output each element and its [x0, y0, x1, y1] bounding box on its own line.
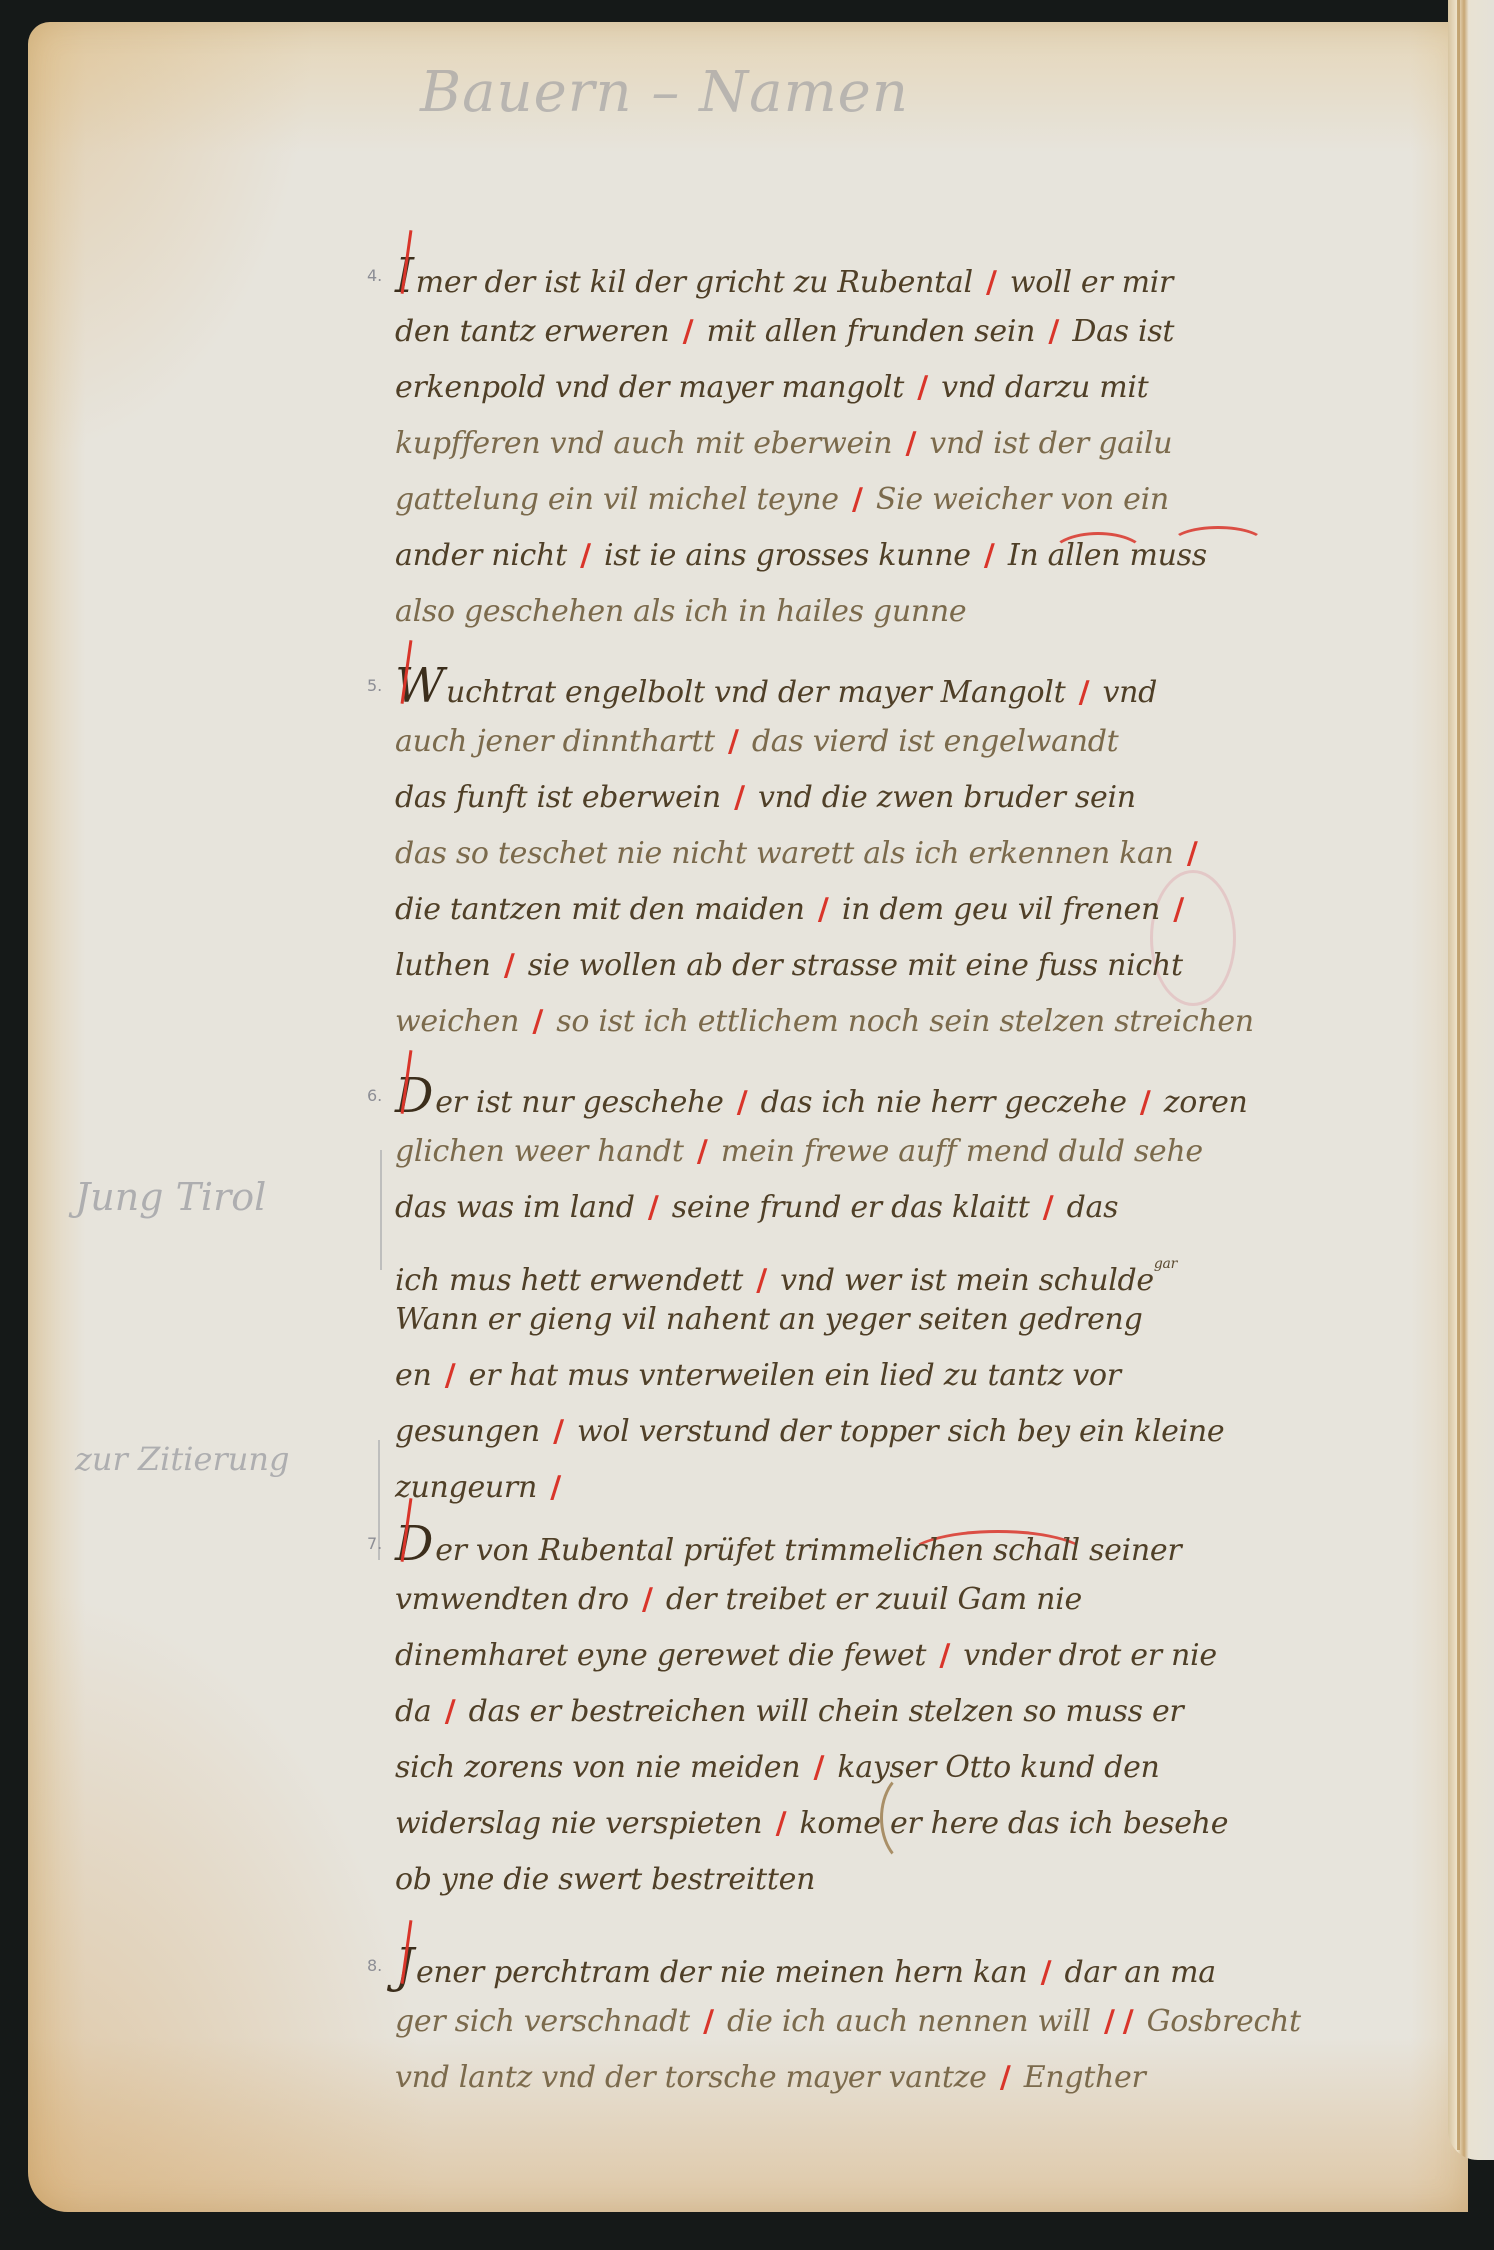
margin-bracket	[380, 1150, 382, 1270]
text-line: kupfferen vnd auch mit eberwein / vnd is…	[395, 416, 1335, 472]
rubric-slash: /	[848, 482, 867, 517]
text-line: das funft ist eberwein / vnd die zwen br…	[395, 770, 1335, 826]
text-line: Jener perchtram der nie meinen hern kan …	[395, 1938, 1335, 1994]
rubric-slash: /	[1075, 675, 1094, 710]
text-line: gesungen / wol verstund der topper sich …	[395, 1404, 1335, 1460]
margin-note-citation: zur Zitierung	[75, 1440, 289, 1478]
rubric-slash: /	[644, 1190, 663, 1225]
text-line: die tantzen mit den maiden / in dem geu …	[395, 882, 1335, 938]
rubricated-initial: I	[395, 248, 414, 304]
rubric-slash: /	[996, 2060, 1015, 2095]
entry-8: 8. Jener perchtram der nie meinen hern k…	[395, 1938, 1335, 2106]
text-line: erkenpold vnd der mayer mangolt / vnd da…	[395, 360, 1335, 416]
entry-6: 6. Der ist nur geschehe / das ich nie he…	[395, 1068, 1335, 1516]
text-line: also geschehen als ich in hailes gunne	[395, 584, 1335, 640]
text-line: glichen weer handt / mein frewe auff men…	[395, 1124, 1335, 1180]
line-text: ener perchtram der nie meinen hern kan /…	[416, 1955, 1216, 1990]
text-line: dinemharet eyne gerewet die fewet / vnde…	[395, 1628, 1335, 1684]
pencil-heading: Bauern – Namen	[420, 60, 909, 125]
rubric-slash: /	[549, 1414, 568, 1449]
rubric-slash: /	[441, 1694, 460, 1729]
text-line: das so teschet nie nicht warett als ich …	[395, 826, 1335, 882]
rubric-slash: /	[576, 538, 595, 573]
rubric-slash: /	[546, 1470, 565, 1505]
text-line: das was im land / seine frund er das kla…	[395, 1180, 1335, 1236]
line-text: mer der ist kil der gricht zu Rubental /…	[416, 265, 1173, 300]
rubric-slash: /	[500, 948, 519, 983]
rubric-slash: /	[730, 780, 749, 815]
rubric-slash: /	[1037, 1955, 1056, 1990]
text-line: Der ist nur geschehe / das ich nie herr …	[395, 1068, 1335, 1124]
rubricated-initial: J	[395, 1938, 414, 1994]
rubric-slash: /	[679, 314, 698, 349]
text-line: Wuchtrat engelbolt vnd der mayer Mangolt…	[395, 658, 1335, 714]
rubric-slash: /	[733, 1085, 752, 1120]
text-line: den tantz erweren / mit allen frunden se…	[395, 304, 1335, 360]
rubric-slash: /	[913, 370, 932, 405]
rubric-slash: /	[441, 1358, 460, 1393]
rubric-slash: /	[638, 1582, 657, 1617]
rubric-slash: /	[901, 426, 920, 461]
text-line: ger sich verschnadt / die ich auch nenne…	[395, 1994, 1335, 2050]
entry-number: 8.	[367, 1956, 382, 1975]
rubric-slash: /	[693, 1134, 712, 1169]
rubric-slash: /	[1169, 892, 1188, 927]
entry-4: 4. Imer der ist kil der gricht zu Rubent…	[395, 248, 1335, 640]
rubric-slash: /	[1039, 1190, 1058, 1225]
rubric-slash: /	[724, 724, 743, 759]
gutter-fold	[1457, 0, 1460, 2150]
margin-note-jung-tirol: Jung Tirol	[75, 1175, 266, 1219]
manuscript-text: 4. Imer der ist kil der gricht zu Rubent…	[395, 248, 1335, 2124]
rubricated-initial: D	[395, 1068, 433, 1124]
rubric-slash: /	[935, 1638, 954, 1673]
rubric-slash: /	[772, 1806, 791, 1841]
rubric-slash: /	[1183, 836, 1202, 871]
text-line: vmwendten dro / der treibet er zuuil Gam…	[395, 1572, 1335, 1628]
entry-number: 6.	[367, 1086, 382, 1105]
text-line: en / er hat mus vnterweilen ein lied zu …	[395, 1348, 1335, 1404]
rubric-slash: /	[1136, 1085, 1155, 1120]
text-line: ander nicht / ist ie ains grosses kunne …	[395, 528, 1335, 584]
rubricated-initial: W	[395, 658, 444, 714]
rubric-slash: /	[699, 2004, 718, 2039]
text-line: zungeurn /	[395, 1460, 1335, 1516]
rubric-slash: /	[982, 265, 1001, 300]
entry-number: 5.	[367, 676, 382, 695]
rubric-slash: /	[809, 1750, 828, 1785]
entry-5: 5. Wuchtrat engelbolt vnd der mayer Mang…	[395, 658, 1335, 1050]
text-line: gattelung ein vil michel teyne / Sie wei…	[395, 472, 1335, 528]
entry-number: 4.	[367, 266, 382, 285]
text-line: Imer der ist kil der gricht zu Rubental …	[395, 248, 1335, 304]
entry-number: 7.	[367, 1534, 382, 1553]
text-line: sich zorens von nie meiden / kayser Otto…	[395, 1740, 1335, 1796]
rubric-slash: /	[528, 1004, 547, 1039]
text-line: da / das er bestreichen will chein stelz…	[395, 1684, 1335, 1740]
line-text: er ist nur geschehe / das ich nie herr g…	[435, 1085, 1247, 1120]
rubric-slash: /	[1119, 2004, 1138, 2039]
rubric-slash: /	[1100, 2004, 1119, 2039]
rubricated-initial: D	[395, 1516, 433, 1572]
text-line: Wann er gieng vil nahent an yeger seiten…	[395, 1292, 1335, 1348]
text-line: auch jener dinnthartt / das vierd ist en…	[395, 714, 1335, 770]
text-line: weichen / so ist ich ettlichem noch sein…	[395, 994, 1335, 1050]
rubric-slash: /	[980, 538, 999, 573]
entry-7: 7. Der von Rubental prüfet trimmelichen …	[395, 1516, 1335, 1908]
text-line: ich mus hett erwendett / vnd wer ist mei…	[395, 1236, 1335, 1292]
text-line: widerslag nie verspieten / kome er here …	[395, 1796, 1335, 1852]
rubric-slash: /	[814, 892, 833, 927]
line-text: er von Rubental prüfet trimmelichen scha…	[435, 1533, 1181, 1568]
line-text: uchtrat engelbolt vnd der mayer Mangolt …	[446, 675, 1157, 710]
text-line: vnd lantz vnd der torsche mayer vantze /…	[395, 2050, 1335, 2106]
book-gutter	[1448, 0, 1494, 2160]
text-line: ob yne die swert bestreitten	[395, 1852, 1335, 1908]
text-line: Der von Rubental prüfet trimmelichen sch…	[395, 1516, 1335, 1572]
rubric-slash: /	[1044, 314, 1063, 349]
text-line: luthen / sie wollen ab der strasse mit e…	[395, 938, 1335, 994]
interlinear-gloss: gar	[1154, 1256, 1177, 1272]
